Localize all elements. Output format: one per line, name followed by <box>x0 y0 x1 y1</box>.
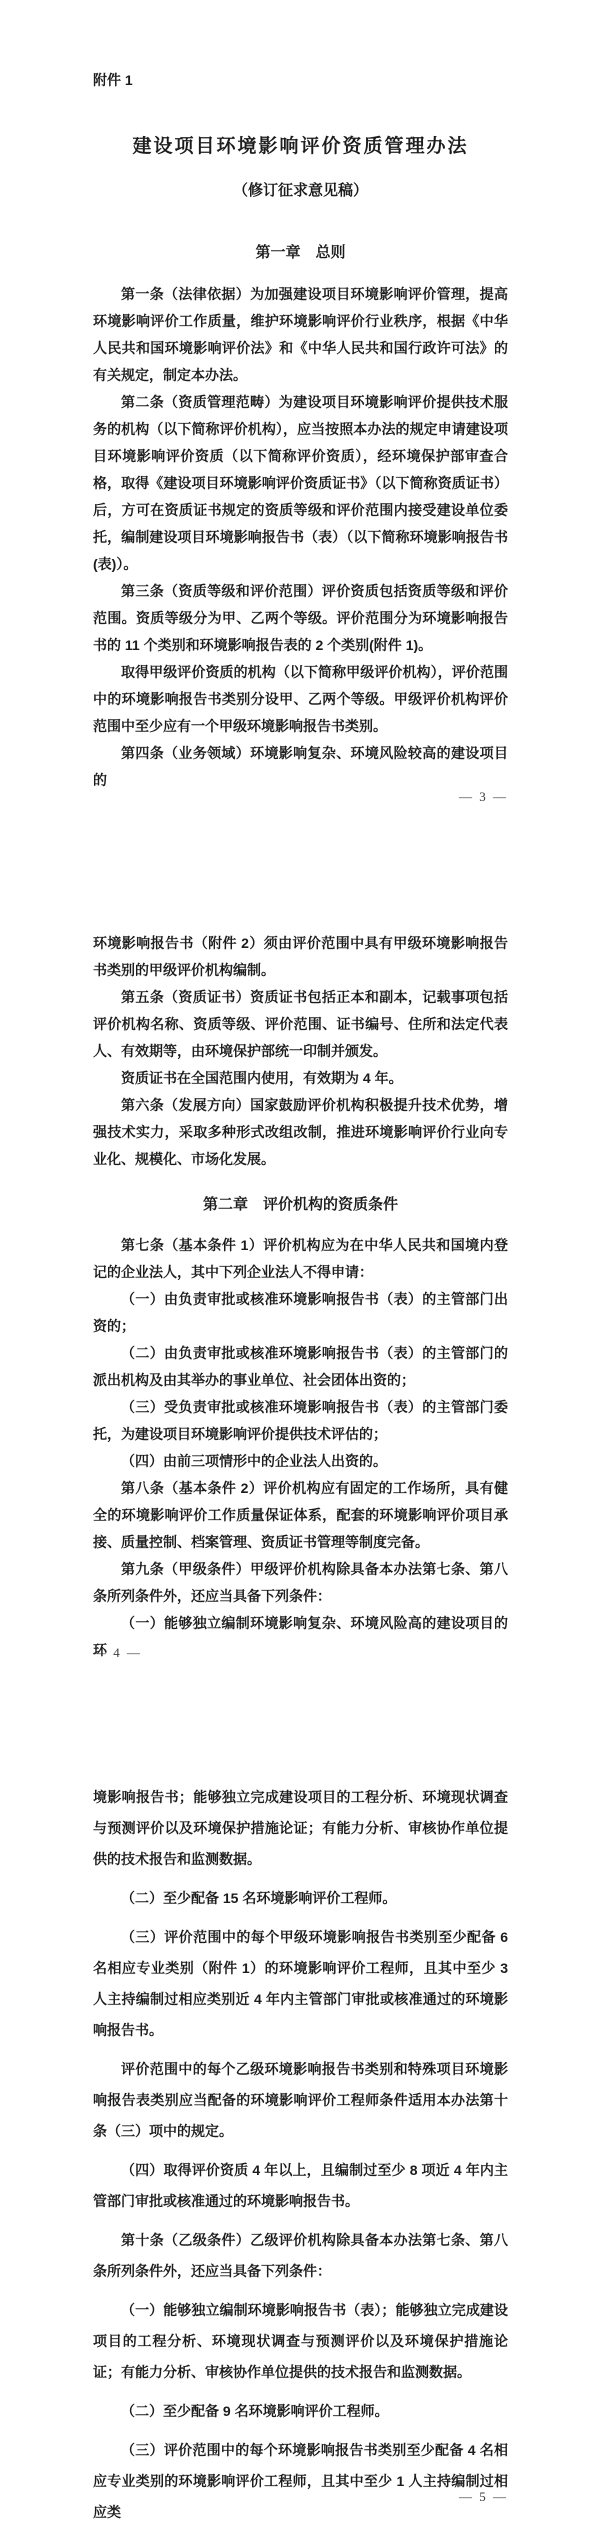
page-4-body-top: 环境影响报告书（附件 2）须由评价范围中具有甲级环境影响报告书类别的甲级评价机构… <box>93 930 508 1173</box>
page-3-body: 第一条（法律依据）为加强建设项目环境影响评价管理，提高环境影响评价工作质量，维护… <box>93 281 508 740</box>
paragraph: 取得甲级评价资质的机构（以下简称甲级评价机构），评价范围中的环境影响报告书类别分… <box>93 659 508 740</box>
paragraph: 第一条（法律依据）为加强建设项目环境影响评价管理，提高环境影响评价工作质量，维护… <box>93 281 508 389</box>
doc-title: 建设项目环境影响评价资质管理办法 <box>93 134 508 160</box>
paragraph: 第十条（乙级条件）乙级评价机构除具备本办法第七条、第八条所列条件外，还应当具备下… <box>93 2225 508 2287</box>
paragraph: 第六条（发展方向）国家鼓励评价机构积极提升技术优势，增强技术实力，采取多种形式改… <box>93 1092 508 1173</box>
paragraph: 第四条（业务领域）环境影响复杂、环境风险较高的建设项目的 <box>93 740 508 794</box>
paragraph: （三）评价范围中的每个甲级环境影响报告书类别至少配备 6 名相应专业类别（附件 … <box>93 1922 508 2046</box>
paragraph: （二）由负责审批或核准环境影响报告书（表）的主管部门的派出机构及由其举办的事业单… <box>93 1340 508 1394</box>
paragraph: 评价范围中的每个乙级环境影响报告书类别和特殊项目环境影响报告表类别应当配备的环境… <box>93 2054 508 2147</box>
page-number-3: — 3 — <box>93 787 508 806</box>
paragraph: （一）由负责审批或核准环境影响报告书（表）的主管部门出资的； <box>93 1286 508 1340</box>
paragraph: 第二条（资质管理范畴）为建设项目环境影响评价提供技术服务的机构（以下简称评价机构… <box>93 389 508 578</box>
document-scroll: 附件 1 建设项目环境影响评价资质管理办法 （修订征求意见稿） 第一章 总则 第… <box>0 0 600 2544</box>
paragraph: （四）取得评价资质 4 年以上，且编制过至少 8 项近 4 年内主管部门审批或核… <box>93 2155 508 2217</box>
doc-subtitle: （修订征求意见稿） <box>93 180 508 201</box>
paragraph: 第八条（基本条件 2）评价机构应有固定的工作场所，具有健全的环境影响评价工作质量… <box>93 1475 508 1556</box>
paragraph: （四）由前三项情形中的企业法人出资的。 <box>93 1448 508 1475</box>
paragraph: （二）至少配备 9 名环境影响评价工程师。 <box>93 2396 508 2427</box>
paragraph: 环境影响报告书（附件 2）须由评价范围中具有甲级环境影响报告书类别的甲级评价机构… <box>93 930 508 984</box>
paragraph: （二）至少配备 15 名环境影响评价工程师。 <box>93 1883 508 1914</box>
paragraph: 第五条（资质证书）资质证书包括正本和副本，记载事项包括评价机构名称、资质等级、评… <box>93 984 508 1065</box>
page-3: 附件 1 建设项目环境影响评价资质管理办法 （修订征求意见稿） 第一章 总则 第… <box>0 0 600 806</box>
page-5: 境影响报告书；能够独立完成建设项目的工程分析、环境现状调查与预测评价以及环境保护… <box>0 1782 600 2506</box>
chapter-heading-1: 第一章 总则 <box>93 241 508 264</box>
paragraph: 第九条（甲级条件）甲级评价机构除具备本办法第七条、第八条所列条件外，还应当具备下… <box>93 1556 508 1610</box>
paragraph: 第三条（资质等级和评价范围）评价资质包括资质等级和评价范围。资质等级分为甲、乙两… <box>93 578 508 659</box>
paragraph: 境影响报告书；能够独立完成建设项目的工程分析、环境现状调查与预测评价以及环境保护… <box>93 1782 508 1875</box>
attachment-label: 附件 1 <box>93 0 508 90</box>
paragraph: （一）能够独立编制环境影响报告书（表）；能够独立完成建设项目的工程分析、环境现状… <box>93 2295 508 2388</box>
page-number-4: — 4 — <box>93 1643 508 1662</box>
paragraph: 第七条（基本条件 1）评价机构应为在中华人民共和国境内登记的企业法人，其中下列企… <box>93 1232 508 1286</box>
page-4-body-bottom: 第七条（基本条件 1）评价机构应为在中华人民共和国境内登记的企业法人，其中下列企… <box>93 1232 508 1610</box>
paragraph: （三）评价范围中的每个环境影响报告书类别至少配备 4 名相应专业类别的环境影响评… <box>93 2435 508 2528</box>
paragraph: （三）受负责审批或核准环境影响报告书（表）的主管部门委托，为建设项目环境影响评价… <box>93 1394 508 1448</box>
paragraph: 资质证书在全国范围内使用，有效期为 4 年。 <box>93 1065 508 1092</box>
page-5-body: 境影响报告书；能够独立完成建设项目的工程分析、环境现状调查与预测评价以及环境保护… <box>93 1782 508 2466</box>
chapter-heading-2: 第二章 评价机构的资质条件 <box>93 1193 508 1216</box>
page-4: 环境影响报告书（附件 2）须由评价范围中具有甲级环境影响报告书类别的甲级评价机构… <box>0 930 600 1662</box>
